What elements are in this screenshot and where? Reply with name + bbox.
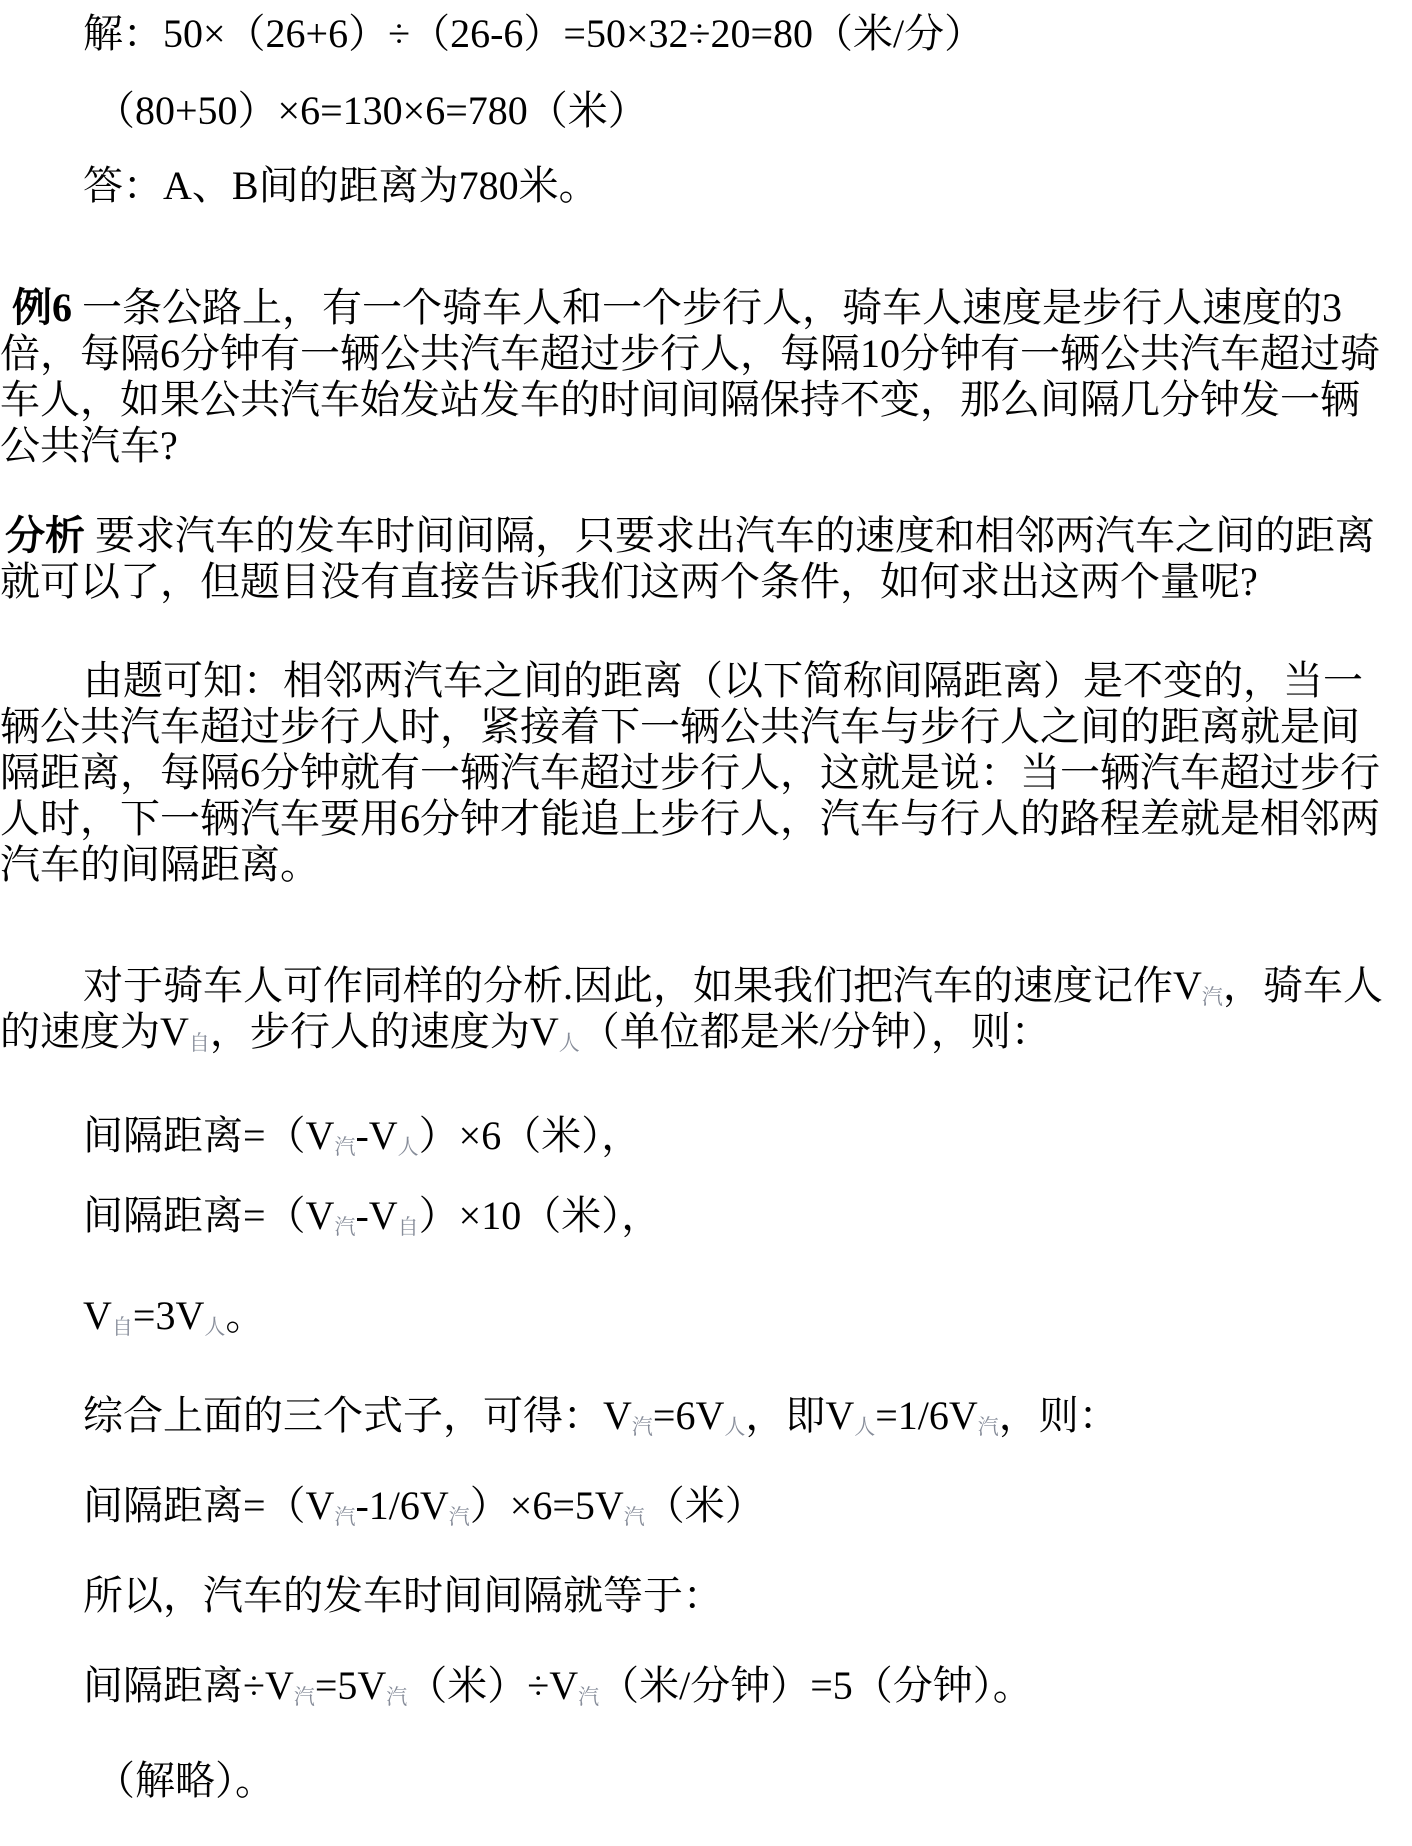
text-run: 答：A、B间的距离为780米。 xyxy=(83,163,599,208)
text-run: -1/6V xyxy=(355,1483,448,1528)
text-run: 综合上面的三个式子，可得：V xyxy=(83,1393,632,1438)
subscript-汽: 汽 xyxy=(632,1415,653,1439)
subscript-汽: 汽 xyxy=(978,1415,999,1439)
formula-interval-cyclist: 间隔距离=（V汽-V自）×10（米）， xyxy=(0,1193,1390,1239)
text-run: 对于骑车人可作同样的分析.因此，如果我们把汽车的速度记作V xyxy=(83,963,1202,1008)
text-run: 由题可知：相邻两汽车之间的距离（以下简称间隔距离）是不变的，当一辆公共汽车超过步… xyxy=(0,658,1380,887)
analysis-para-1: 由题可知：相邻两汽车之间的距离（以下简称间隔距离）是不变的，当一辆公共汽车超过步… xyxy=(0,658,1390,888)
text-run: （米） xyxy=(645,1483,765,1528)
formula-speed-relation: V自=3V人。 xyxy=(0,1293,1390,1339)
subscript-汽: 汽 xyxy=(624,1505,645,1529)
solution-omitted: （解略）。 xyxy=(0,1758,1390,1804)
text-run: 。 xyxy=(225,1293,265,1338)
text-run: （80+50）×6=130×6=780（米） xyxy=(95,88,648,133)
text-run: 要求汽车的发车时间间隔，只要求出汽车的速度和相邻两汽车之间的距离就可以了，但题目… xyxy=(0,513,1375,604)
text-run: 间隔距离=（V xyxy=(83,1193,334,1238)
text-run: ，即V xyxy=(745,1393,854,1438)
subscript-人: 人 xyxy=(398,1135,419,1159)
document-page: 解：50×（26+6）÷（26-6）=50×32÷20=80（米/分）（80+5… xyxy=(0,0,1412,1844)
text-run: =6V xyxy=(653,1393,724,1438)
text-run: -V xyxy=(355,1113,397,1158)
bold-heading-label: 分析 xyxy=(5,513,85,558)
text-run: 一条公路上，有一个骑车人和一个步行人，骑车人速度是步行人速度的3倍，每隔6分钟有… xyxy=(0,285,1380,468)
subscript-自: 自 xyxy=(398,1215,419,1239)
subscript-人: 人 xyxy=(854,1415,875,1439)
text-run: =5V xyxy=(315,1663,386,1708)
text-run: ，步行人的速度为V xyxy=(210,1009,559,1054)
text-run: 间隔距离=（V xyxy=(83,1483,334,1528)
subscript-汽: 汽 xyxy=(334,1505,355,1529)
subscript-汽: 汽 xyxy=(294,1685,315,1709)
subscript-汽: 汽 xyxy=(1202,985,1223,1009)
text-run: ，则： xyxy=(999,1393,1119,1438)
analysis-intro: 分析 要求汽车的发车时间间隔，只要求出汽车的速度和相邻两汽车之间的距离就可以了，… xyxy=(0,513,1390,605)
text-run: =1/6V xyxy=(875,1393,978,1438)
text-run: =3V xyxy=(133,1293,204,1338)
subscript-自: 自 xyxy=(112,1315,133,1339)
text-run: 所以，汽车的发车时间间隔就等于： xyxy=(83,1573,723,1618)
text-run: -V xyxy=(355,1193,397,1238)
text-run: （米）÷V xyxy=(407,1663,578,1708)
answer-line: 答：A、B间的距离为780米。 xyxy=(0,163,1390,209)
solution-step-1: 解：50×（26+6）÷（26-6）=50×32÷20=80（米/分） xyxy=(0,11,1390,57)
subscript-汽: 汽 xyxy=(449,1505,470,1529)
formula-interval-walker: 间隔距离=（V汽-V人）×6（米）， xyxy=(0,1113,1390,1159)
text-run: 解：50×（26+6）÷（26-6）=50×32÷20=80（米/分） xyxy=(83,11,984,56)
text-run: （解略）。 xyxy=(95,1758,275,1803)
subscript-汽: 汽 xyxy=(386,1685,407,1709)
formula-interval-result: 间隔距离=（V汽-1/6V汽）×6=5V汽（米） xyxy=(0,1483,1390,1529)
text-run: 间隔距离÷V xyxy=(83,1663,294,1708)
analysis-para-2: 对于骑车人可作同样的分析.因此，如果我们把汽车的速度记作V汽，骑车人的速度为V自… xyxy=(0,963,1390,1055)
text-run: ）×10（米）， xyxy=(419,1193,662,1238)
solution-step-2: （80+50）×6=130×6=780（米） xyxy=(0,88,1390,134)
subscript-人: 人 xyxy=(204,1315,225,1339)
subscript-汽: 汽 xyxy=(334,1215,355,1239)
bold-heading-label: 例6 xyxy=(12,285,72,330)
text-run: ）×6=5V xyxy=(470,1483,624,1528)
text-run: V xyxy=(83,1293,112,1338)
text-run: （米/分钟）=5（分钟）。 xyxy=(599,1663,1033,1708)
subscript-汽: 汽 xyxy=(334,1135,355,1159)
subscript-自: 自 xyxy=(189,1031,210,1055)
subscript-汽: 汽 xyxy=(578,1685,599,1709)
text-run: 间隔距离=（V xyxy=(83,1113,334,1158)
example-6-problem: 例6 一条公路上，有一个骑车人和一个步行人，骑车人速度是步行人速度的3倍，每隔6… xyxy=(0,285,1390,469)
subscript-人: 人 xyxy=(724,1415,745,1439)
conclusion-intro: 所以，汽车的发车时间间隔就等于： xyxy=(0,1573,1390,1619)
final-formula: 间隔距离÷V汽=5V汽（米）÷V汽（米/分钟）=5（分钟）。 xyxy=(0,1663,1390,1709)
subscript-人: 人 xyxy=(559,1031,580,1055)
text-run: （单位都是米/分钟），则： xyxy=(580,1009,1051,1054)
derivation-line: 综合上面的三个式子，可得：V汽=6V人，即V人=1/6V汽，则： xyxy=(0,1393,1390,1439)
text-run: ）×6（米）， xyxy=(419,1113,642,1158)
